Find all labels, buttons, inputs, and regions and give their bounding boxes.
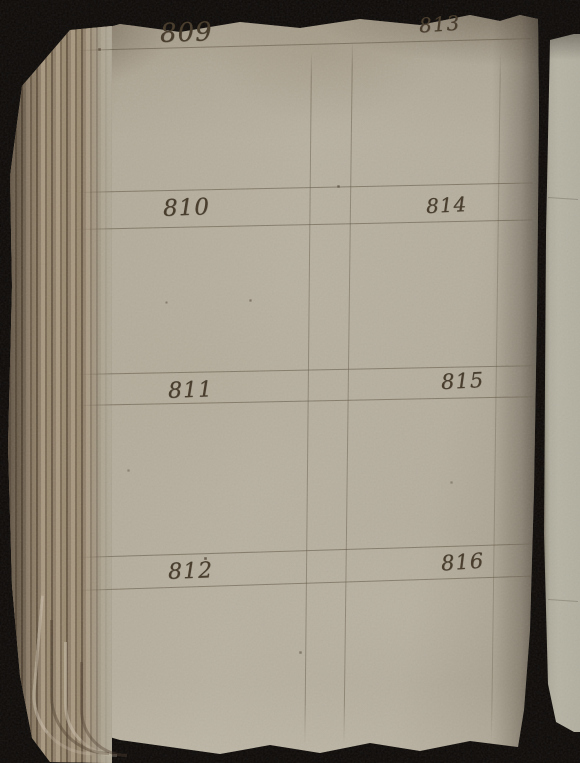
entry-number-816: 816 [440, 549, 485, 576]
entry-number-813: 813 [418, 11, 461, 38]
entry-number-811: 811 [168, 377, 214, 404]
facing-page-edge [544, 34, 580, 732]
photo-of-open-book: 809 810 811 812 813 814 815 816 [0, 0, 580, 763]
entry-number-809: 809 [159, 17, 213, 49]
rule-line-facing-page [548, 197, 578, 200]
entry-number-815: 815 [440, 368, 484, 394]
entry-number-810: 810 [163, 194, 211, 222]
entry-number-814: 814 [425, 192, 467, 218]
rule-line-facing-page [548, 599, 578, 602]
ink-specks [0, 0, 1, 1]
entry-number-812: 812 [168, 558, 214, 585]
